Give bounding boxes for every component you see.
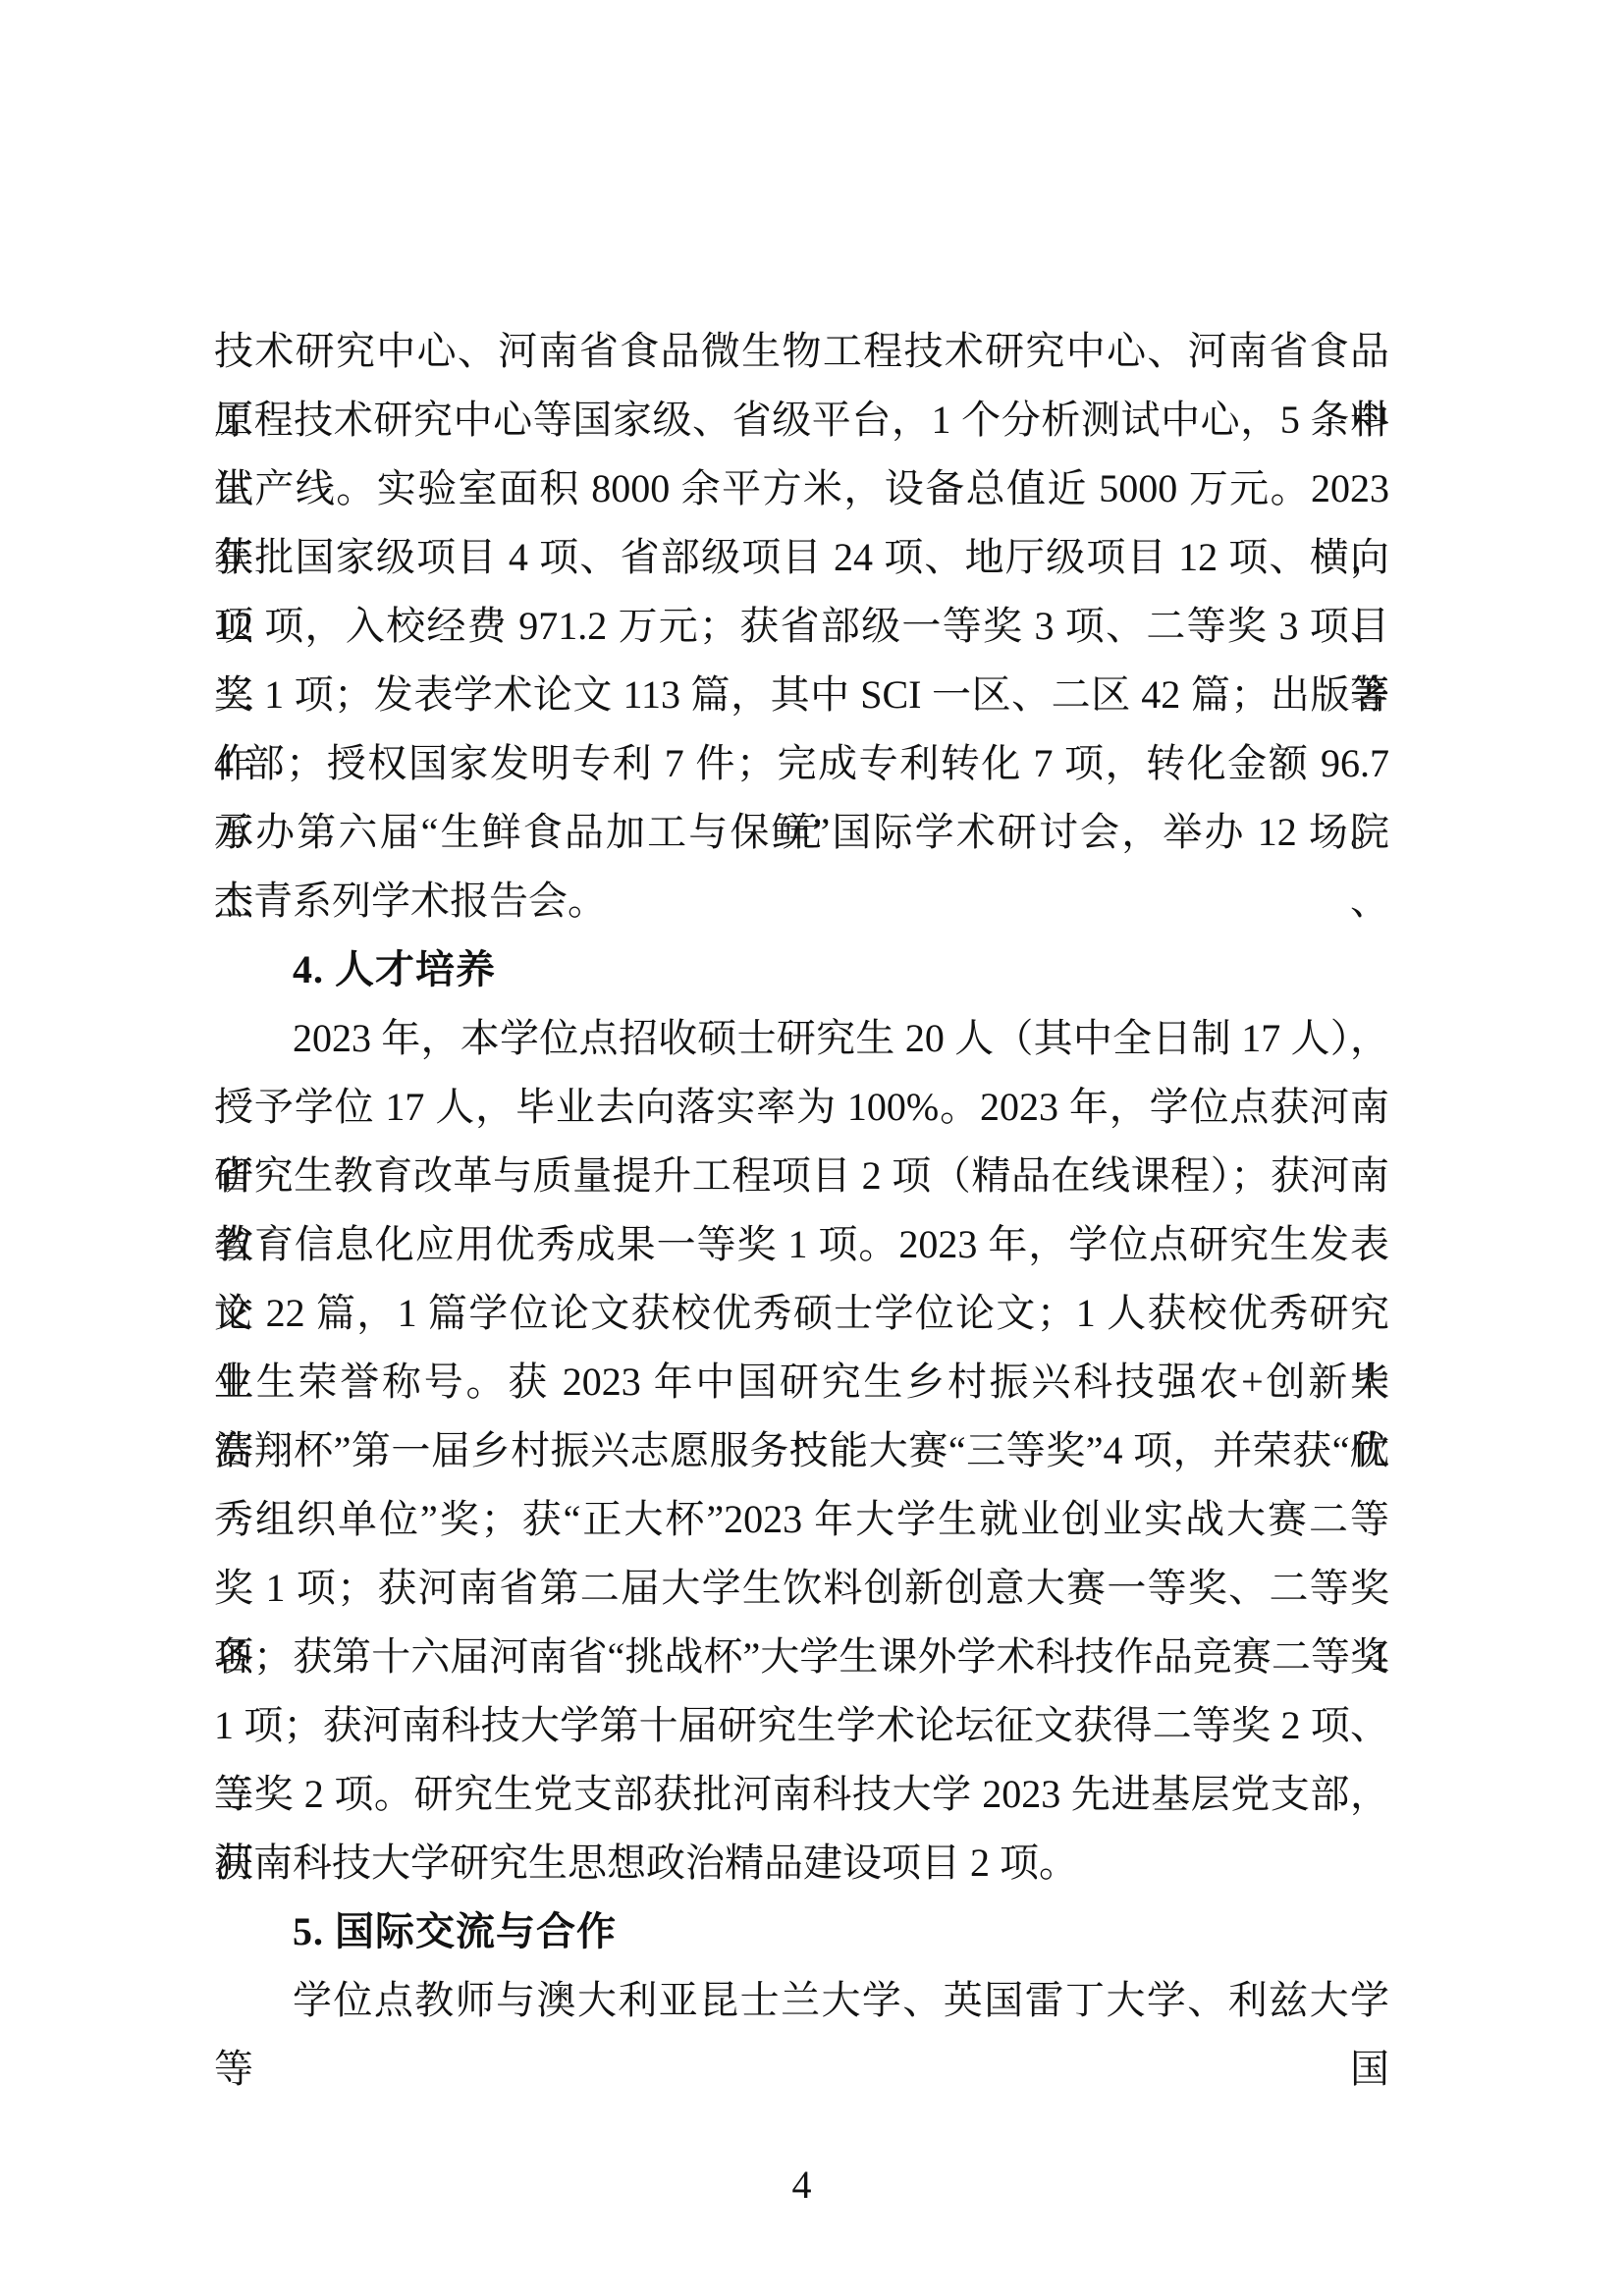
body-line: 教育信息化应用优秀成果一等奖 1 项。2023 年，学位点研究生发表论 (214, 1210, 1389, 1279)
body-line: 文 22 篇，1 篇学位论文获校优秀硕士学位论文；1 人获校优秀研究生毕 (214, 1279, 1389, 1348)
document-text-block: 技术研究中心、河南省食品微生物工程技术研究中心、河南省食品原料 工程技术研究中心… (214, 317, 1389, 2035)
body-line: 项；获第十六届河南省“挑战杯”大学生课外学术科技作品竞赛二等奖 (214, 1623, 1389, 1691)
body-line: 工程技术研究中心等国家级、省级平台，1 个分析测试中心，5 条中试 (214, 386, 1389, 454)
section-heading-international-exchange: 5. 国际交流与合作 (214, 1897, 1389, 1966)
body-line: 承办第六届“生鲜食品加工与保鲜”国际学术研讨会，举办 12 场院士、 (214, 798, 1389, 867)
section-heading-talent-cultivation: 4. 人才培养 (214, 935, 1389, 1004)
body-line: 等奖 2 项。研究生党支部获批河南科技大学 2023 先进基层党支部，获 (214, 1760, 1389, 1829)
body-line: 1 项；获河南科技大学第十届研究生学术论坛征文获得二等奖 2 项、三 (214, 1691, 1389, 1760)
document-page: 技术研究中心、河南省食品微生物工程技术研究中心、河南省食品原料 工程技术研究中心… (0, 0, 1624, 2296)
body-line: 业生荣誉称号。获 2023 年中国研究生乡村振兴科技强农+创新大赛“欣 (214, 1348, 1389, 1416)
body-line: 授予学位 17 人，毕业去向落实率为 100%。2023 年，学位点获河南省 (214, 1073, 1389, 1142)
body-line: 获批国家级项目 4 项、省部级项目 24 项、地厅级项目 12 项、横向项目 (214, 523, 1389, 592)
body-line: 2023 年，本学位点招收硕士研究生 20 人（其中全日制 17 人）， (214, 1004, 1389, 1073)
body-line: 4 部；授权国家发明专利 7 件；完成专利转化 7 项，转化金额 96.7 万元… (214, 729, 1389, 798)
body-line: 奖 1 项；获河南省第二届大学生饮料创新创意大赛一等奖、二等奖各 1 (214, 1554, 1389, 1623)
body-line: 浩翔杯”第一届乡村振兴志愿服务技能大赛“三等奖”4 项，并荣获“优 (214, 1416, 1389, 1485)
body-line: 研究生教育改革与质量提升工程项目 2 项（精品在线课程）；获河南省 (214, 1142, 1389, 1210)
body-line: 技术研究中心、河南省食品微生物工程技术研究中心、河南省食品原料 (214, 317, 1389, 386)
body-line: 生产线。实验室面积 8000 余平方米，设备总值近 5000 万元。2023 年… (214, 454, 1389, 523)
body-line: 奖 1 项；发表学术论文 113 篇，其中 SCI 一区、二区 42 篇；出版著… (214, 661, 1389, 729)
body-line: 秀组织单位”奖；获“正大杯”2023 年大学生就业创业实战大赛二等 (214, 1485, 1389, 1554)
page-number: 4 (214, 2158, 1389, 2213)
body-line: 12 项，入校经费 971.2 万元；获省部级一等奖 3 项、二等奖 3 项、三… (214, 592, 1389, 661)
body-line: 河南科技大学研究生思想政治精品建设项目 2 项。 (214, 1829, 1389, 1897)
body-line: 学位点教师与澳大利亚昆士兰大学、英国雷丁大学、利兹大学等国 (214, 1966, 1389, 2035)
